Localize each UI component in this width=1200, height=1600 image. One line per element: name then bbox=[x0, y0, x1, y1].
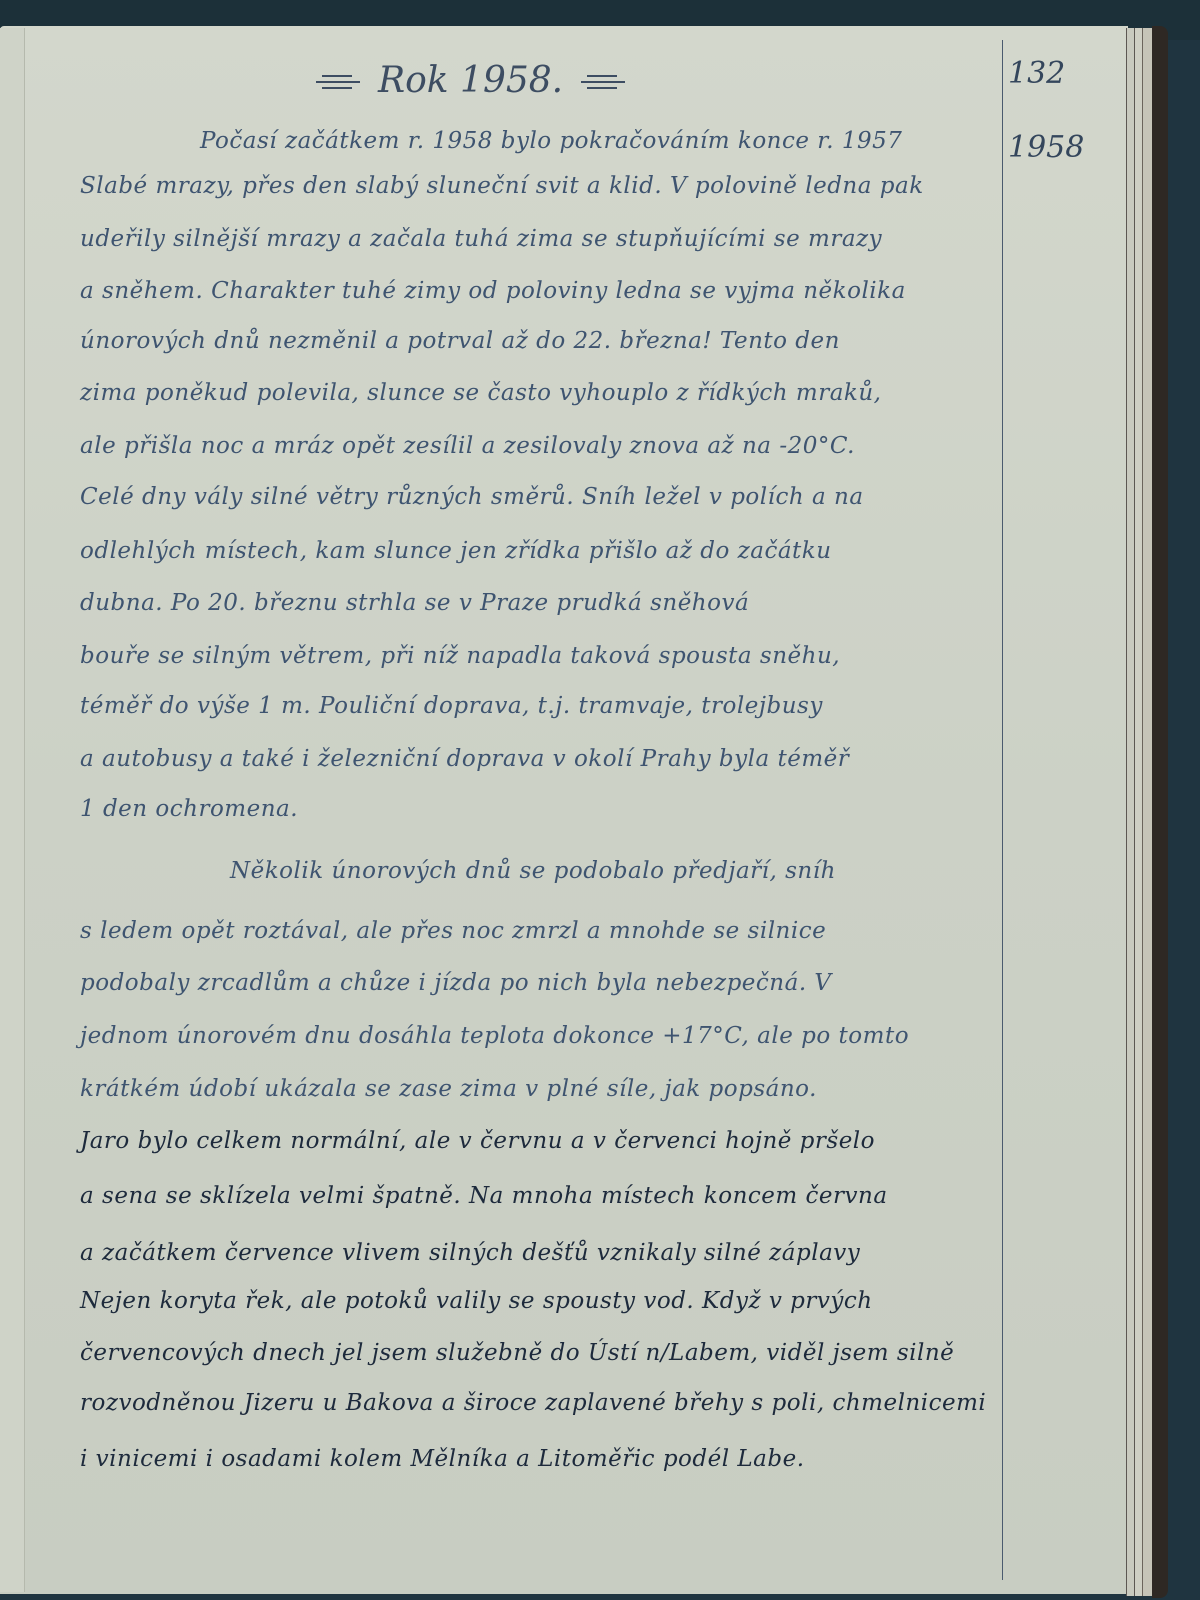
margin-rule bbox=[1002, 40, 1003, 1580]
text-line: Slabé mrazy, přes den slabý sluneční svi… bbox=[80, 173, 924, 199]
text-line: a sněhem. Charakter tuhé zimy od polovin… bbox=[80, 278, 906, 304]
margin-year: 1958 bbox=[1008, 130, 1084, 165]
text-line: rozvodněnou Jizeru u Bakova a široce zap… bbox=[80, 1390, 986, 1416]
text-line: ale přišla noc a mráz opět zesílil a zes… bbox=[80, 433, 855, 459]
text-line: Jaro bylo celkem normální, ale v červnu … bbox=[80, 1128, 875, 1154]
text-line: Nejen koryta řek, ale potoků valily se s… bbox=[80, 1288, 873, 1314]
text-line: téměř do výše 1 m. Pouliční doprava, t.j… bbox=[80, 693, 823, 719]
text-line: a autobusy a také i železniční doprava v… bbox=[80, 746, 849, 772]
text-line: Celé dny vály silné větry různých směrů.… bbox=[80, 484, 864, 510]
text-line: Několik únorových dnů se podobalo předja… bbox=[230, 858, 836, 884]
text-line: s ledem opět roztával, ale přes noc zmrz… bbox=[80, 918, 826, 944]
text-line: 1 den ochromena. bbox=[80, 796, 298, 822]
text-line: odlehlých místech, kam slunce jen zřídka… bbox=[80, 538, 832, 564]
text-line: bouře se silným větrem, při níž napadla … bbox=[80, 643, 840, 669]
text-line: i vinicemi i osadami kolem Mělníka a Lit… bbox=[80, 1446, 805, 1472]
text-line: únorových dnů nezměnil a potrval až do 2… bbox=[80, 328, 840, 354]
text-line: krátkém údobí ukázala se zase zima v pln… bbox=[80, 1076, 817, 1102]
text-line: udeřily silnější mrazy a začala tuhá zim… bbox=[80, 226, 882, 252]
page-heading: Rok 1958. bbox=[316, 60, 625, 101]
decorative-dash-icon bbox=[316, 71, 360, 91]
book-cover-edge bbox=[1152, 26, 1168, 1598]
text-line: Počasí začátkem r. 1958 bylo pokračování… bbox=[200, 128, 902, 154]
page-number: 132 bbox=[1008, 56, 1065, 91]
text-line: jednom únorovém dnu dosáhla teplota doko… bbox=[80, 1023, 909, 1049]
text-line: a začátkem července vlivem silných dešťů… bbox=[80, 1240, 860, 1266]
facing-page-edge bbox=[0, 28, 25, 1592]
heading-text: Rok 1958. bbox=[378, 60, 563, 101]
decorative-dash-icon bbox=[581, 71, 625, 91]
text-line: a sena se sklízela velmi špatně. Na mnoh… bbox=[80, 1183, 888, 1209]
text-line: podobaly zrcadlům a chůze i jízda po nic… bbox=[80, 970, 832, 996]
text-line: zima poněkud polevila, slunce se často v… bbox=[80, 380, 882, 406]
text-line: červencových dnech jel jsem služebně do … bbox=[80, 1340, 954, 1366]
text-line: dubna. Po 20. březnu strhla se v Praze p… bbox=[80, 590, 749, 616]
